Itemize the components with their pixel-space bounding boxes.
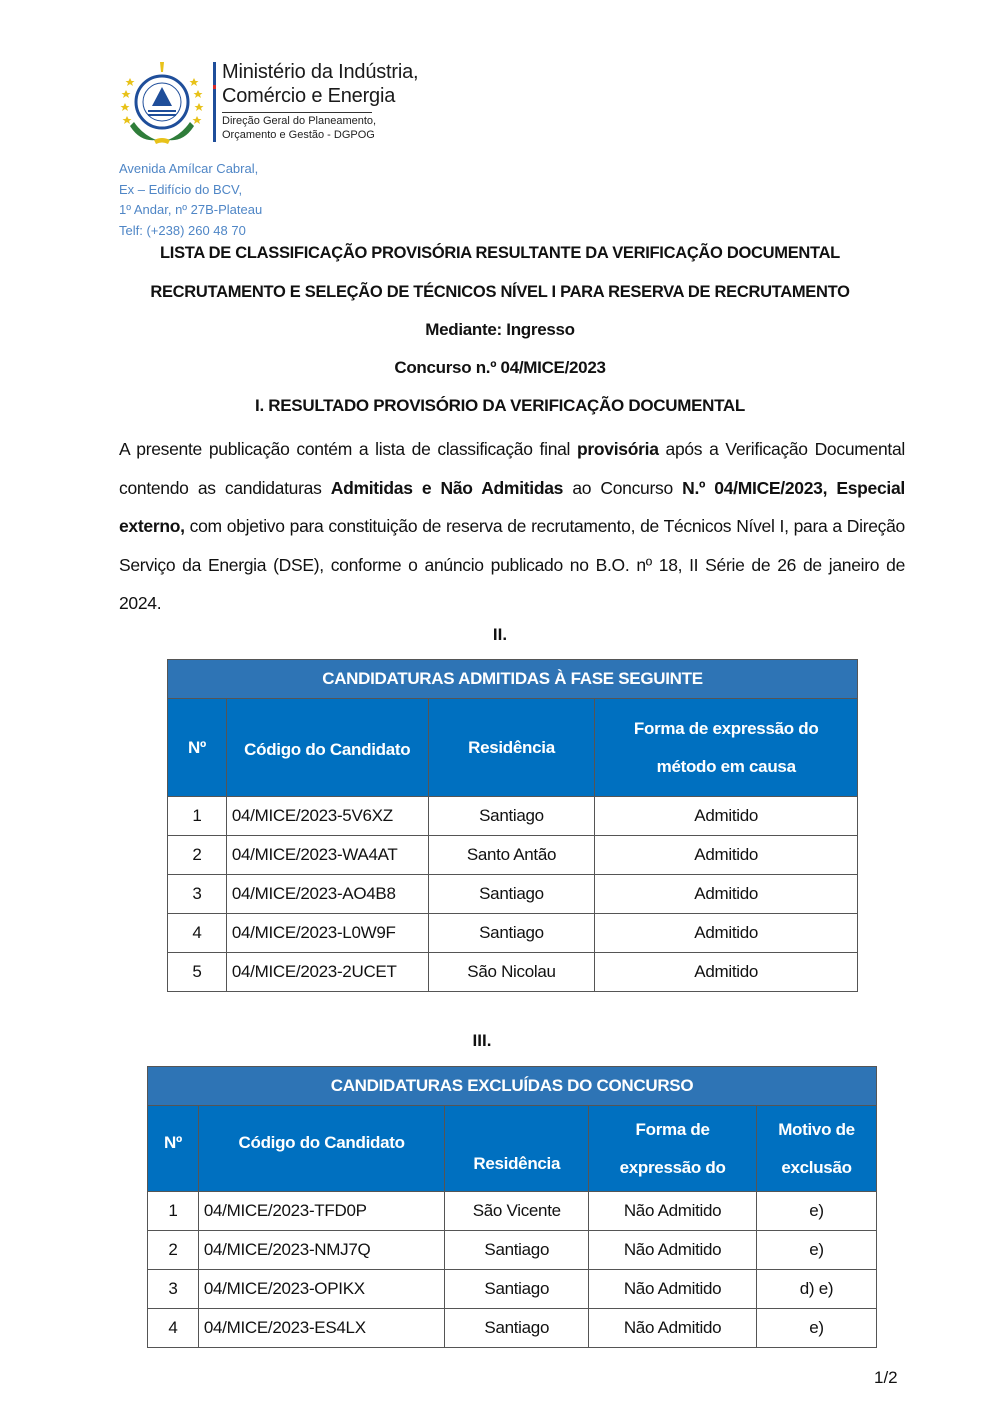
residence: Santiago xyxy=(445,1270,589,1309)
status: Admitido xyxy=(595,914,858,953)
status: Admitido xyxy=(595,875,858,914)
address-phone: Telf: (+238) 260 48 70 xyxy=(119,221,262,242)
residence: Santiago xyxy=(428,797,595,836)
status: Não Admitido xyxy=(589,1270,757,1309)
divider-accent xyxy=(213,85,216,89)
document-title: LISTA DE CLASSIFICAÇÃO PROVISÓRIA RESULT… xyxy=(0,244,1000,263)
ministry-name-line1: Ministério da Indústria, xyxy=(222,60,418,84)
table-row: 304/MICE/2023-OPIKXSantiagoNão Admitidod… xyxy=(148,1270,877,1309)
ministry-rule xyxy=(222,112,372,113)
status: Admitido xyxy=(595,797,858,836)
address-line1: Avenida Amílcar Cabral, xyxy=(119,159,262,180)
row-number: 2 xyxy=(148,1231,199,1270)
table-row: 104/MICE/2023-TFD0PSão VicenteNão Admiti… xyxy=(148,1192,877,1231)
address-block: Avenida Amílcar Cabral, Ex – Edifício do… xyxy=(119,159,262,241)
residence: São Vicente xyxy=(445,1192,589,1231)
paragraph-bold: Admitidas e Não Admitidas xyxy=(331,478,563,498)
table-row: 104/MICE/2023-5V6XZSantiagoAdmitido xyxy=(168,797,858,836)
paragraph-bold: provisória xyxy=(577,439,659,459)
table-row: 404/MICE/2023-L0W9FSantiagoAdmitido xyxy=(168,914,858,953)
coat-of-arms-icon xyxy=(116,60,208,148)
admitted-table-title: CANDIDATURAS ADMITIDAS À FASE SEGUINTE xyxy=(168,660,858,699)
candidate-code: 04/MICE/2023-OPIKX xyxy=(198,1270,445,1309)
paragraph-text: com objetivo para constituição de reserv… xyxy=(119,516,905,613)
table-row: 204/MICE/2023-WA4ATSanto AntãoAdmitido xyxy=(168,836,858,875)
table-row: 204/MICE/2023-NMJ7QSantiagoNão Admitidoe… xyxy=(148,1231,877,1270)
row-number: 5 xyxy=(168,953,227,992)
column-header-number: Nº xyxy=(148,1106,199,1192)
residence: Santiago xyxy=(445,1231,589,1270)
table-row: 504/MICE/2023-2UCETSão NicolauAdmitido xyxy=(168,953,858,992)
section-3-label: III. xyxy=(0,1031,982,1051)
row-number: 3 xyxy=(148,1270,199,1309)
ministry-name: Ministério da Indústria, Comércio e Ener… xyxy=(222,60,418,108)
document-subtitle: RECRUTAMENTO E SELEÇÃO DE TÉCNICOS NÍVEL… xyxy=(0,283,1000,302)
status: Não Admitido xyxy=(589,1231,757,1270)
column-header-residence: Residência xyxy=(445,1106,589,1192)
row-number: 4 xyxy=(148,1309,199,1348)
admission-mode: Mediante: Ingresso xyxy=(0,320,1000,340)
address-line3: 1º Andar, nº 27B-Plateau xyxy=(119,200,262,221)
intro-paragraph: A presente publicação contém a lista de … xyxy=(119,430,905,623)
department-line1: Direção Geral do Planeamento, xyxy=(222,114,376,128)
exclusion-reason: e) xyxy=(757,1309,877,1348)
row-number: 1 xyxy=(168,797,227,836)
residence: Santiago xyxy=(428,875,595,914)
column-header-code: Código do Candidato xyxy=(198,1106,445,1192)
status: Admitido xyxy=(595,836,858,875)
exclusion-reason: d) e) xyxy=(757,1270,877,1309)
candidate-code: 04/MICE/2023-TFD0P xyxy=(198,1192,445,1231)
row-number: 4 xyxy=(168,914,227,953)
candidate-code: 04/MICE/2023-WA4AT xyxy=(226,836,428,875)
column-header-number: Nº xyxy=(168,699,227,797)
department-line2: Orçamento e Gestão - DGPOG xyxy=(222,128,376,142)
candidate-code: 04/MICE/2023-2UCET xyxy=(226,953,428,992)
column-header-method: Forma de expressão do xyxy=(589,1106,757,1192)
table-row: 304/MICE/2023-AO4B8SantiagoAdmitido xyxy=(168,875,858,914)
page-number: 1/2 xyxy=(874,1368,898,1388)
column-header-exclusion-reason: Motivo de exclusão xyxy=(757,1106,877,1192)
row-number: 3 xyxy=(168,875,227,914)
department-name: Direção Geral do Planeamento, Orçamento … xyxy=(222,114,376,142)
exclusion-reason: e) xyxy=(757,1192,877,1231)
table-row: 404/MICE/2023-ES4LXSantiagoNão Admitidoe… xyxy=(148,1309,877,1348)
candidate-code: 04/MICE/2023-L0W9F xyxy=(226,914,428,953)
column-header-code: Código do Candidato xyxy=(226,699,428,797)
candidate-code: 04/MICE/2023-NMJ7Q xyxy=(198,1231,445,1270)
row-number: 1 xyxy=(148,1192,199,1231)
ministry-name-line2: Comércio e Energia xyxy=(222,84,418,108)
excluded-table-title: CANDIDATURAS EXCLUÍDAS DO CONCURSO xyxy=(148,1067,877,1106)
admitted-table: CANDIDATURAS ADMITIDAS À FASE SEGUINTE N… xyxy=(167,659,858,992)
residence: Santiago xyxy=(428,914,595,953)
divider-bar xyxy=(213,62,216,142)
section-1-heading: I. RESULTADO PROVISÓRIO DA VERIFICAÇÃO D… xyxy=(0,396,1000,416)
exclusion-reason: e) xyxy=(757,1231,877,1270)
status: Não Admitido xyxy=(589,1309,757,1348)
candidate-code: 04/MICE/2023-5V6XZ xyxy=(226,797,428,836)
section-2-label: II. xyxy=(0,625,1000,645)
column-header-method: Forma de expressão do método em causa xyxy=(595,699,858,797)
paragraph-text: ao Concurso xyxy=(563,478,682,498)
excluded-table: CANDIDATURAS EXCLUÍDAS DO CONCURSO Nº Có… xyxy=(147,1066,877,1348)
letterhead: Ministério da Indústria, Comércio e Ener… xyxy=(116,58,456,150)
status: Admitido xyxy=(595,953,858,992)
residence: Santiago xyxy=(445,1309,589,1348)
address-line2: Ex – Edifício do BCV, xyxy=(119,180,262,201)
contest-number: Concurso n.º 04/MICE/2023 xyxy=(0,358,1000,378)
residence: Santo Antão xyxy=(428,836,595,875)
status: Não Admitido xyxy=(589,1192,757,1231)
candidate-code: 04/MICE/2023-ES4LX xyxy=(198,1309,445,1348)
row-number: 2 xyxy=(168,836,227,875)
column-header-residence: Residência xyxy=(428,699,595,797)
candidate-code: 04/MICE/2023-AO4B8 xyxy=(226,875,428,914)
residence: São Nicolau xyxy=(428,953,595,992)
paragraph-text: A presente publicação contém a lista de … xyxy=(119,439,577,459)
